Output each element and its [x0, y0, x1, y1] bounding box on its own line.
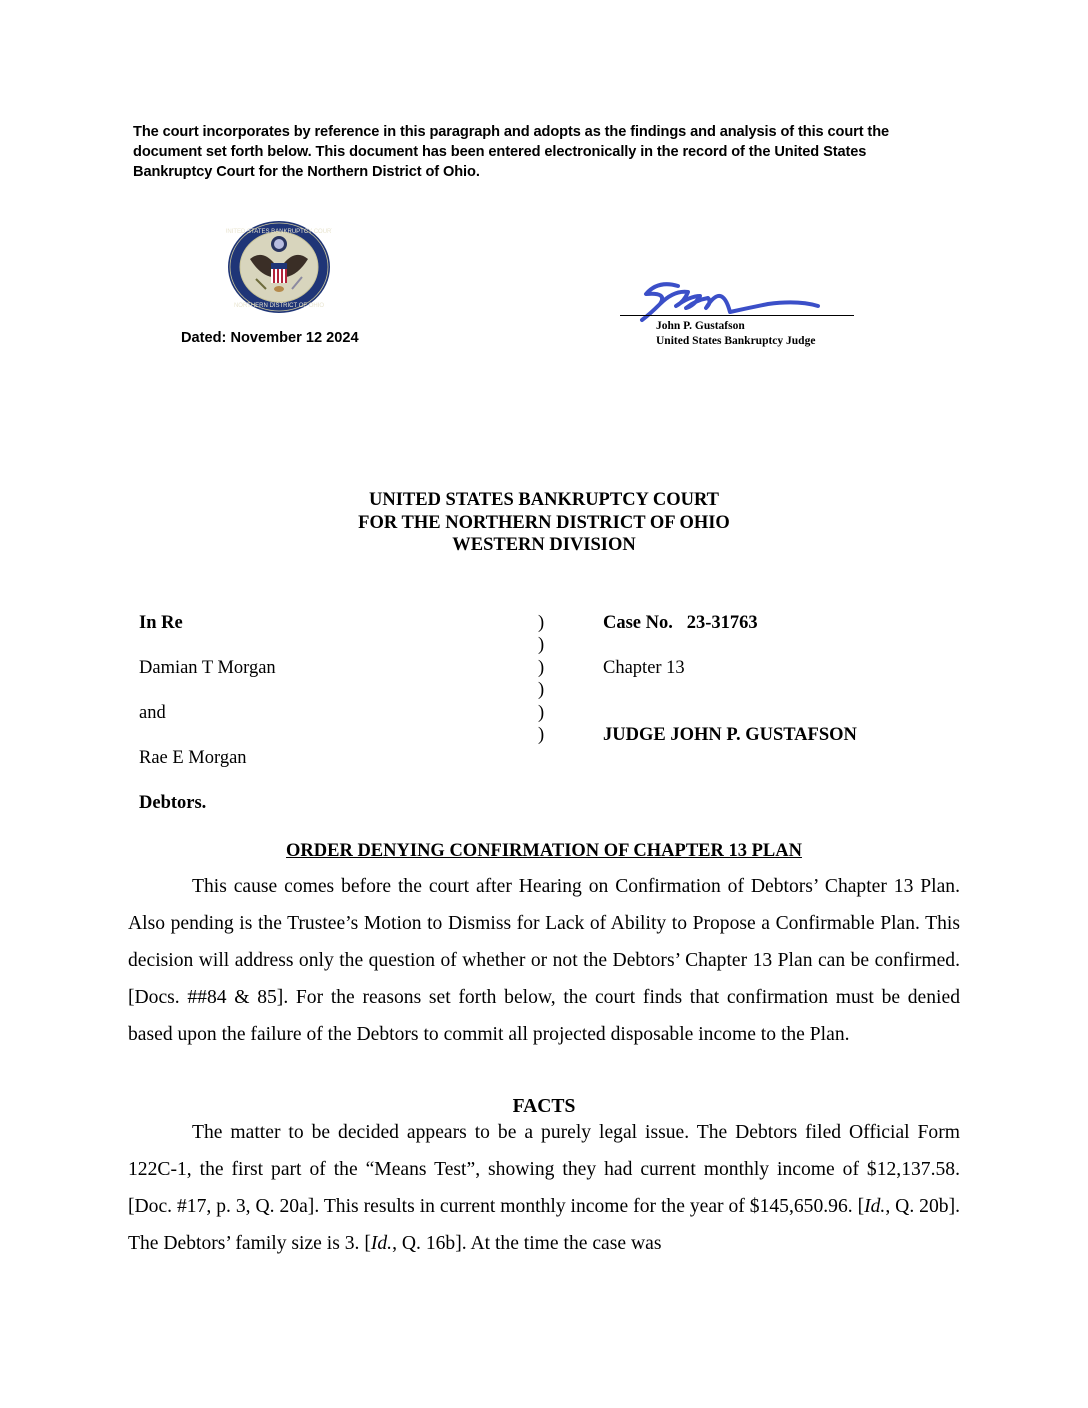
case-number-label: Case No. — [603, 613, 673, 633]
svg-text:UNITED STATES BANKRUPTCY COURT: UNITED STATES BANKRUPTCY COURT — [226, 229, 332, 235]
debtor-1-name: Damian T Morgan — [139, 657, 276, 679]
order-title: ORDER DENYING CONFIRMATION OF CHAPTER 13… — [0, 841, 1088, 862]
court-header: UNITED STATES BANKRUPTCY COURT FOR THE N… — [0, 489, 1088, 557]
court-header-line1: UNITED STATES BANKRUPTCY COURT — [0, 489, 1088, 512]
caption-paren: ) — [538, 724, 544, 746]
judge-name: John P. Gustafson — [656, 320, 745, 333]
facts-paragraph: The matter to be decided appears to be a… — [128, 1114, 960, 1262]
signature-block: John P. Gustafson United States Bankrupt… — [620, 262, 856, 352]
court-header-line2: FOR THE NORTHERN DISTRICT OF OHIO — [0, 512, 1088, 535]
case-number: Case No. 23-31763 — [603, 612, 758, 634]
in-re-label: In Re — [139, 612, 183, 634]
caption-paren: ) — [538, 657, 544, 679]
caption-paren: ) — [538, 702, 544, 724]
and-label: and — [139, 702, 166, 724]
signature-line — [620, 315, 854, 316]
court-header-line3: WESTERN DIVISION — [0, 534, 1088, 557]
judge-caption: JUDGE JOHN P. GUSTAFSON — [603, 724, 857, 746]
caption-paren: ) — [538, 634, 544, 656]
court-seal-icon: UNITED STATES BANKRUPTCY COURT NORTHERN … — [226, 219, 332, 315]
debtors-label: Debtors. — [139, 792, 206, 814]
intro-paragraph-text: This cause comes before the court after … — [128, 868, 960, 1053]
dated-line: Dated: November 12 2024 — [181, 330, 359, 346]
svg-text:NORTHERN DISTRICT OF OHIO: NORTHERN DISTRICT OF OHIO — [234, 303, 324, 309]
facts-paragraph-text: The matter to be decided appears to be a… — [128, 1114, 960, 1262]
caption-paren: ) — [538, 679, 544, 701]
chapter-label: Chapter 13 — [603, 657, 685, 679]
judge-title: United States Bankruptcy Judge — [656, 335, 815, 348]
intro-paragraph: This cause comes before the court after … — [128, 868, 960, 1053]
debtor-2-name: Rae E Morgan — [139, 747, 247, 769]
incorporation-notice: The court incorporates by reference in t… — [133, 122, 893, 182]
caption-paren: ) — [538, 612, 544, 634]
case-number-value: 23-31763 — [687, 613, 758, 633]
